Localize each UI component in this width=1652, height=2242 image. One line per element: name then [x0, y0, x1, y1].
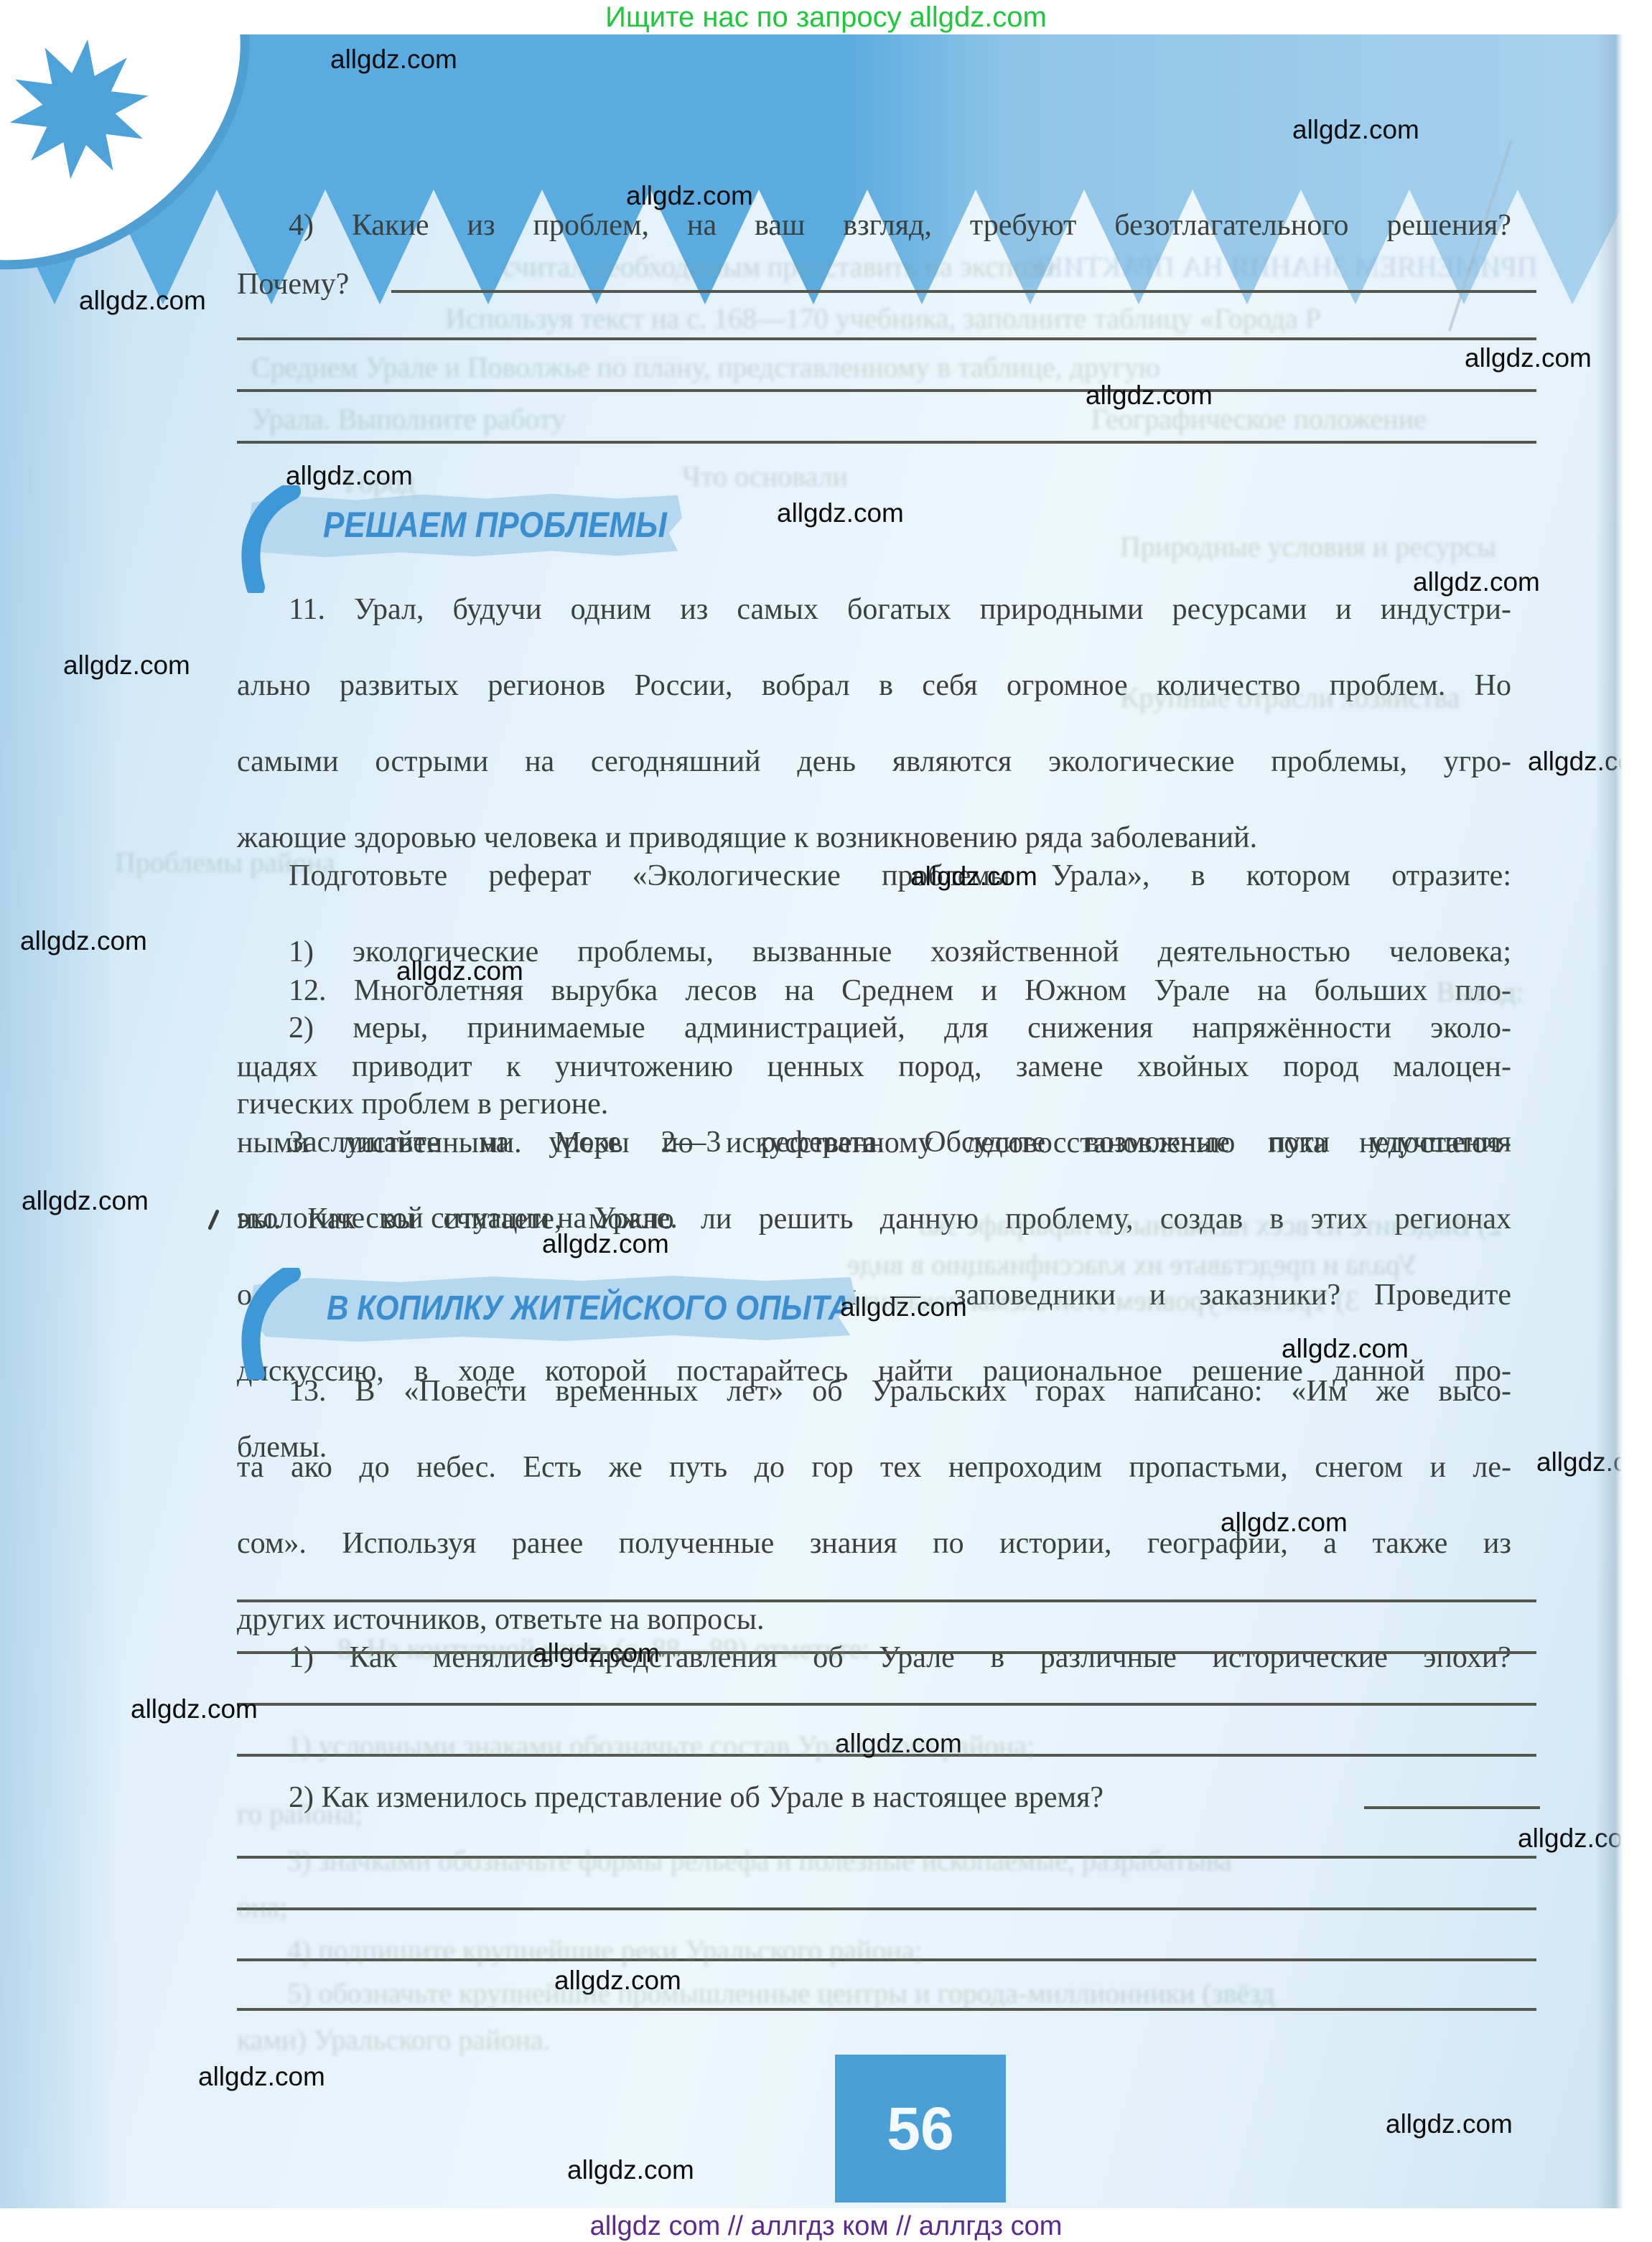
- bleed-through-text: Используя текст на с. 168—170 учебника, …: [445, 302, 1321, 335]
- task-11-line: жающие здоровью человека и приводящие к …: [237, 819, 1511, 857]
- bleed-through-text: Урала. Выполните работу: [251, 402, 566, 436]
- answer-line: [1364, 1806, 1540, 1809]
- watermark: allgdz.com: [1518, 1823, 1624, 1854]
- task-13-line: 13. В «Повести временных лет» об Уральск…: [237, 1373, 1511, 1449]
- bleed-through-text: 3) Третьим уровнем этой схемы покажите: [847, 1284, 1360, 1317]
- bleed-through-text: 4) подпишите крупнейшие реки Уральского …: [287, 1933, 923, 1967]
- watermark: allgdz.com: [63, 650, 190, 681]
- bleed-through-text: Природные условия и ресурсы: [1120, 530, 1496, 564]
- section-banner-solve-problems: РЕШАЕМ ПРОБЛЕМЫ: [248, 490, 682, 559]
- bleed-through-text: Урала и представьте их классификацию в в…: [847, 1248, 1418, 1281]
- watermark: allgdz.com: [1386, 2109, 1513, 2139]
- question-2-text: 2) Как изменилось представление об Урале…: [237, 1779, 1511, 1817]
- bleed-through-text: Вывод:: [1436, 975, 1523, 1009]
- answer-line: [237, 1703, 1536, 1706]
- bleed-through-text: Что основали: [682, 459, 848, 493]
- watermark: allgdz.com: [910, 861, 1037, 892]
- answer-line: [237, 1599, 1536, 1602]
- watermark: allgdz.com: [131, 1694, 258, 1724]
- page-number-box: 56: [835, 2055, 1006, 2203]
- watermark: allgdz.com: [396, 956, 523, 986]
- bleed-through-text: ками) Уральского района.: [237, 2023, 551, 2057]
- bleed-through-text: 1) условными знаками обозначьте состав У…: [287, 1729, 1035, 1762]
- bleed-through-text: Город: [345, 465, 416, 499]
- watermark: allgdz.com: [1528, 747, 1624, 777]
- bleed-through-text: считал необходимым представить на экспоз…: [503, 250, 1055, 284]
- bleed-through-text: Проблемы района: [115, 846, 335, 879]
- bleed-through-text: 8. На контурной карте (с. 88—89) отметьт…: [337, 1632, 869, 1666]
- page-root: { "seo_header": { "text": "Ищите нас по …: [0, 0, 1652, 2242]
- bleed-through-text: ПРИМЕНЯЕМ ЗНАНИЯ НА ПРАКТИКЕ: [1027, 250, 1538, 284]
- page-number: 56: [887, 2094, 953, 2164]
- answer-line: [391, 290, 1536, 293]
- bleed-through-text: 5) обозначьте крупнейшие промышленные це…: [287, 1976, 1275, 2010]
- bleed-through-text: Географическое положение: [1091, 402, 1427, 436]
- site-footer-text: allgdz com // аллгдз ком // аллгдз com: [0, 2211, 1652, 2242]
- watermark: allgdz.com: [626, 181, 753, 211]
- watermark: allgdz.com: [20, 926, 147, 956]
- task-11-line: Подготовьте реферат «Экологические пробл…: [237, 857, 1511, 933]
- bleed-through-text: Крупные отрасли хозяйства: [1120, 681, 1460, 714]
- banner-swoosh-icon: [231, 485, 309, 593]
- watermark: allgdz.com: [1221, 1508, 1348, 1538]
- watermark: allgdz.com: [1465, 343, 1592, 373]
- answer-line: [237, 337, 1536, 340]
- answer-line: [237, 389, 1536, 392]
- question-2: 2) Как изменилось представление об Урале…: [237, 1779, 1511, 1817]
- watermark: allgdz.com: [1292, 115, 1419, 145]
- section-banner-life-experience: В КОПИЛКУ ЖИТЕЙСКОГО ОПЫТА: [248, 1272, 857, 1344]
- section-banner-life-experience-label: В КОПИЛКУ ЖИТЕЙСКОГО ОПЫТА: [327, 1289, 850, 1328]
- question-4-prompt: Почему?: [237, 266, 524, 304]
- bleed-through-text: Среднем Урале и Поволжье по плану, предс…: [251, 350, 1160, 384]
- stray-mark: [207, 1209, 220, 1230]
- banner-swoosh-icon: [231, 1268, 309, 1380]
- task-11-line: 11. Урал, будучи одним из самых богатых …: [237, 591, 1511, 667]
- watermark: allgdz.com: [22, 1186, 149, 1216]
- task-12-line: щадях приводит к уничтожению ценных поро…: [237, 1048, 1511, 1124]
- scanned-page: 4) Какие из проблем, на ваш взгляд, треб…: [0, 34, 1624, 2208]
- seo-header-text: Ищите нас по запросу allgdz.com: [0, 1, 1652, 34]
- watermark: allgdz.com: [1282, 1334, 1409, 1364]
- watermark: allgdz.com: [1413, 567, 1540, 597]
- watermark: allgdz.com: [79, 286, 206, 316]
- bleed-through-text: 2) Выделите из всех названных в параграф…: [919, 1208, 1502, 1242]
- section-banner-solve-problems-label: РЕШАЕМ ПРОБЛЕМЫ: [323, 504, 667, 546]
- watermark: allgdz.com: [198, 2062, 325, 2092]
- task-12-line: ными лиственными. Меры по искусственному…: [237, 1124, 1511, 1200]
- watermark: allgdz.com: [567, 2155, 694, 2185]
- bleed-through-text: она;: [237, 1890, 287, 1924]
- watermark: allgdz.com: [330, 45, 457, 75]
- watermark: allgdz.com: [777, 498, 904, 528]
- watermark: allgdz.com: [542, 1229, 669, 1259]
- bleed-through-text: го района;: [237, 1797, 363, 1831]
- bleed-through-text: 3) значками обозначьте формы рельефа и п…: [287, 1844, 1232, 1877]
- answer-line: [237, 1907, 1536, 1910]
- task-11-line: самыми острыми на сегодняшний день являю…: [237, 743, 1511, 819]
- answer-line: [237, 441, 1536, 444]
- watermark: allgdz.com: [1536, 1447, 1624, 1477]
